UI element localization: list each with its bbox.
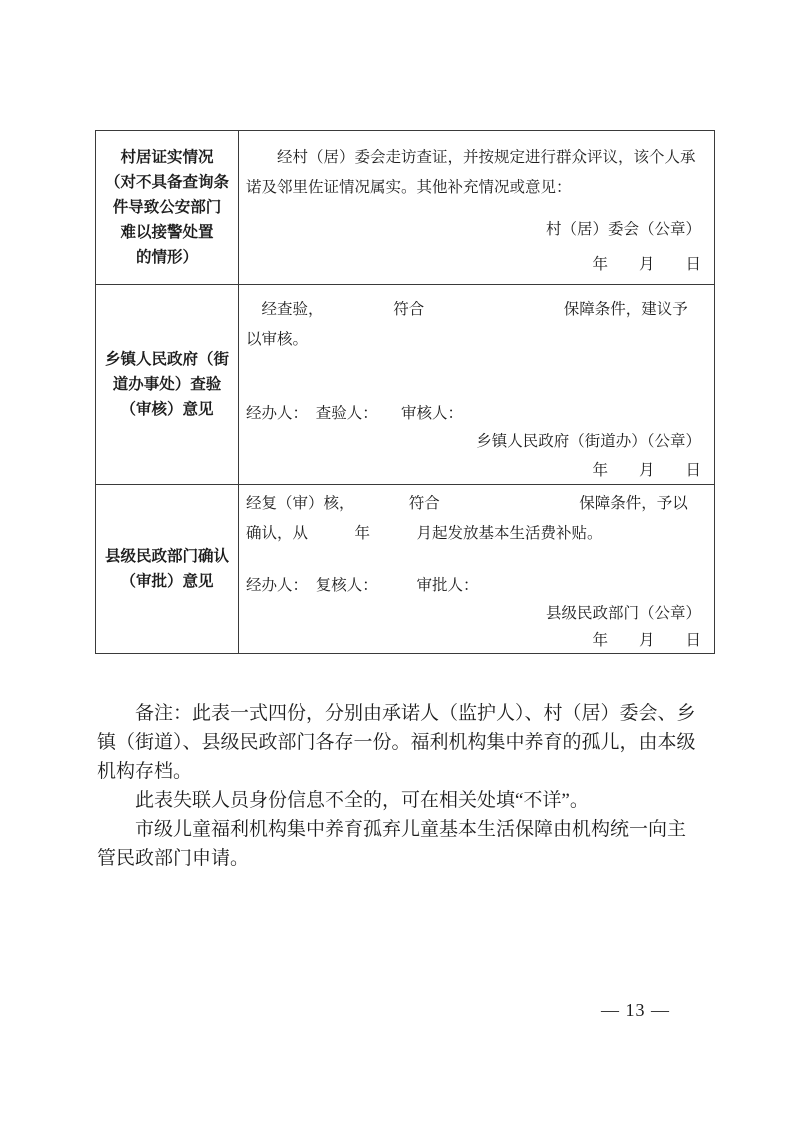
township-review-statement: 经查验， 符合 保障条件，建议予 以审核。: [246, 295, 701, 355]
remark-copies-distribution: 备注：此表一式四份，分别由承诺人（监护人）、村（居）委会、乡 镇（街道）、县级民…: [97, 699, 715, 786]
county-approval-statement: 经复（审）核， 符合 保障条件，予以 确认，从 年 月起发放基本生活费补贴。: [246, 489, 701, 549]
township-gov-seal-line: 乡镇人民政府（街道办）（公章）: [246, 429, 701, 455]
row-content-township-review: 经查验， 符合 保障条件，建议予 以审核。 经办人： 查验人： 审核人： 乡镇人…: [239, 285, 715, 485]
certification-approval-table: 村居证实情况 （对不具备查询条 件导致公安部门 难以接警处置 的情形） 经村（居…: [95, 130, 715, 654]
county-signers-line: 经办人： 复核人： 审批人：: [246, 571, 701, 601]
table-row-village-verification: 村居证实情况 （对不具备查询条 件导致公安部门 难以接警处置 的情形） 经村（居…: [96, 131, 715, 285]
remarks-section: 备注：此表一式四份，分别由承诺人（监护人）、村（居）委会、乡 镇（街道）、县级民…: [97, 699, 715, 873]
remark-municipal-welfare-institution: 市级儿童福利机构集中养育孤弃儿童基本生活保障由机构统一向主 管民政部门申请。: [97, 815, 715, 873]
village-date-line: 年 月 日: [246, 253, 701, 277]
row-header-township-review: 乡镇人民政府（街 道办事处）查验 （审核）意见: [96, 285, 239, 485]
row-header-village-verification: 村居证实情况 （对不具备查询条 件导致公安部门 难以接警处置 的情形）: [96, 131, 239, 285]
county-date-line: 年 月 日: [246, 629, 701, 653]
county-civil-affairs-seal-line: 县级民政部门（公章）: [246, 601, 701, 627]
village-verification-statement: 经村（居）委会走访查证，并按规定进行群众评议，该个人承 诺及邻里佐证情况属实。其…: [246, 143, 701, 203]
village-committee-seal-line: 村（居）委会（公章）: [246, 217, 701, 243]
table-row-township-review: 乡镇人民政府（街 道办事处）查验 （审核）意见 经查验， 符合 保障条件，建议予…: [96, 285, 715, 485]
row-header-county-approval: 县级民政部门确认 （审批）意见: [96, 485, 239, 654]
table-row-county-approval: 县级民政部门确认 （审批）意见 经复（审）核， 符合 保障条件，予以 确认，从 …: [96, 485, 715, 654]
page-number: — 13 —: [601, 1000, 670, 1021]
remark-missing-identity-info: 此表失联人员身份信息不全的，可在相关处填“不详”。: [97, 786, 715, 815]
township-date-line: 年 月 日: [246, 459, 701, 483]
row-content-village-verification: 经村（居）委会走访查证，并按规定进行群众评议，该个人承 诺及邻里佐证情况属实。其…: [239, 131, 715, 285]
township-signers-line: 经办人： 查验人： 审核人：: [246, 399, 701, 429]
row-content-county-approval: 经复（审）核， 符合 保障条件，予以 确认，从 年 月起发放基本生活费补贴。 经…: [239, 485, 715, 654]
